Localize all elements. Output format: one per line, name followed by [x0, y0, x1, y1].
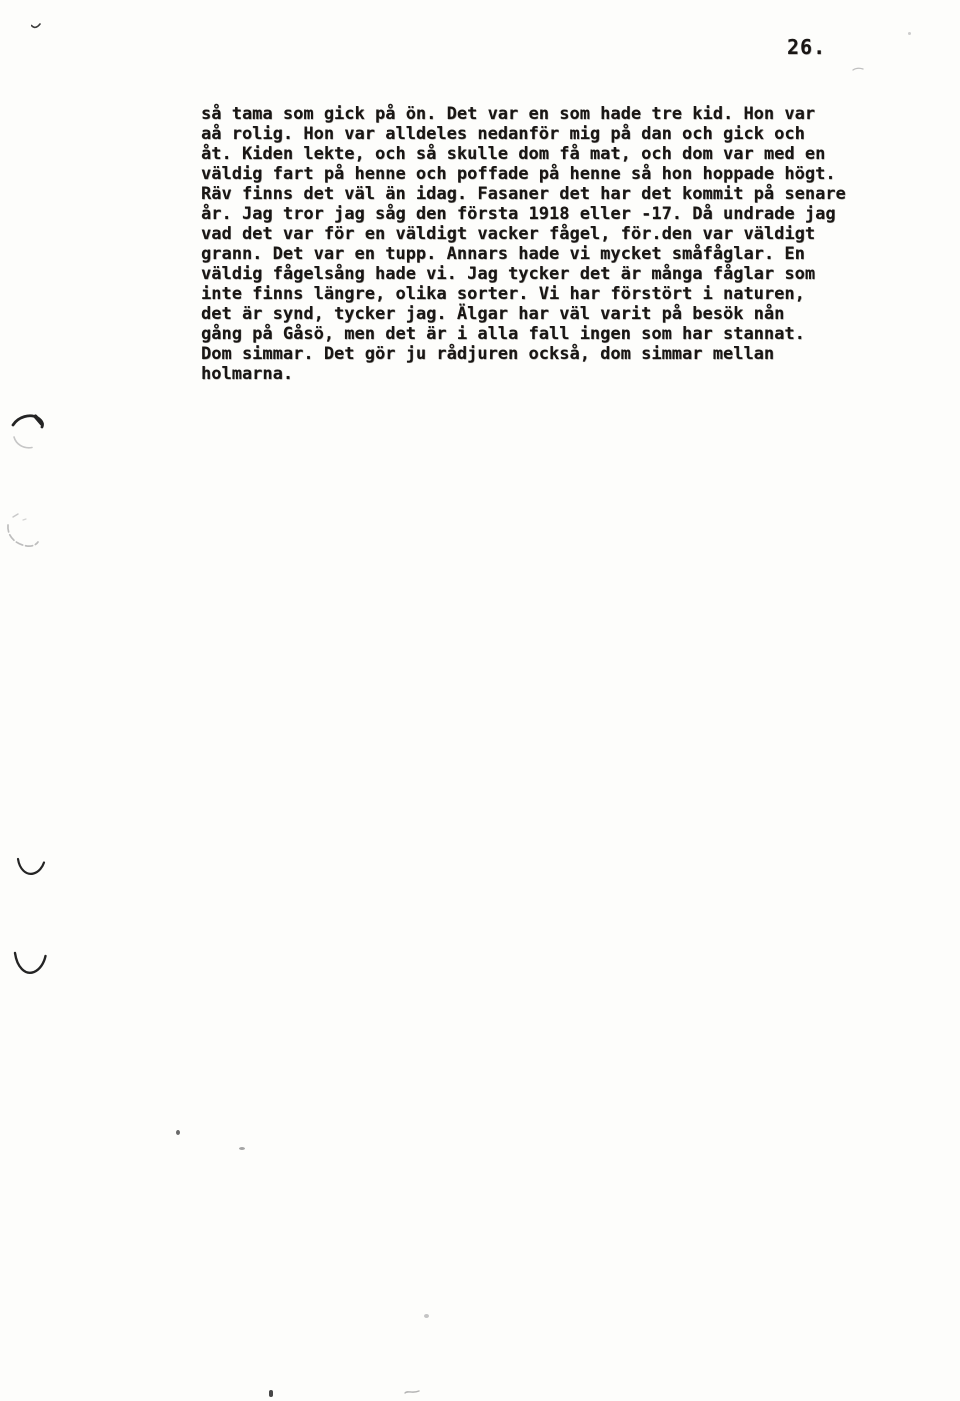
- text-line: väldig fågelsång hade vi. Jag tycker det…: [201, 264, 846, 284]
- ink-speck-icon: [908, 32, 911, 35]
- ink-speck-icon: [404, 1389, 420, 1396]
- ink-speck-icon: [424, 1314, 429, 1318]
- ink-speck-icon: [176, 1130, 180, 1135]
- page-number: 26.: [787, 35, 826, 59]
- text-line: aå rolig. Hon var alldeles nedanför mig …: [201, 124, 846, 144]
- text-line: gång på Gåsö, men det är i alla fall ing…: [201, 324, 846, 344]
- pen-mark-arc-icon: [16, 854, 48, 884]
- ink-speck-icon: [31, 23, 41, 31]
- text-line: år. Jag tror jag såg den första 1918 ell…: [201, 204, 846, 224]
- text-line: Räv finns det väl än idag. Fasaner det h…: [201, 184, 846, 204]
- text-line: holmarna.: [201, 364, 846, 384]
- text-line: väldig fart på henne och poffade på henn…: [201, 164, 846, 184]
- ink-speck-icon: [852, 66, 864, 72]
- ink-speck-icon: [269, 1390, 273, 1397]
- text-line: vad det var för en väldigt vacker fågel,…: [201, 224, 846, 244]
- ink-speck-icon: [239, 1147, 245, 1150]
- text-line: åt. Kiden lekte, och så skulle dom få ma…: [201, 144, 846, 164]
- scanned-document-page: 26. så tama som gick på ön. Det var en s…: [0, 0, 960, 1401]
- text-line: inte finns längre, olika sorter. Vi har …: [201, 284, 846, 304]
- pen-mark-arc-icon: [11, 946, 51, 982]
- text-line: Dom simmar. Det gör ju rådjuren också, d…: [201, 344, 846, 364]
- text-line: grann. Det var en tupp. Annars hade vi m…: [201, 244, 846, 264]
- pen-mark-circle-icon: [10, 410, 48, 458]
- text-line: så tama som gick på ön. Det var en som h…: [201, 104, 846, 124]
- text-line: det är synd, tycker jag. Älgar har väl v…: [201, 304, 846, 324]
- typewritten-text-block: så tama som gick på ön. Det var en som h…: [201, 104, 846, 384]
- pen-mark-ghost-circle-icon: [3, 511, 45, 555]
